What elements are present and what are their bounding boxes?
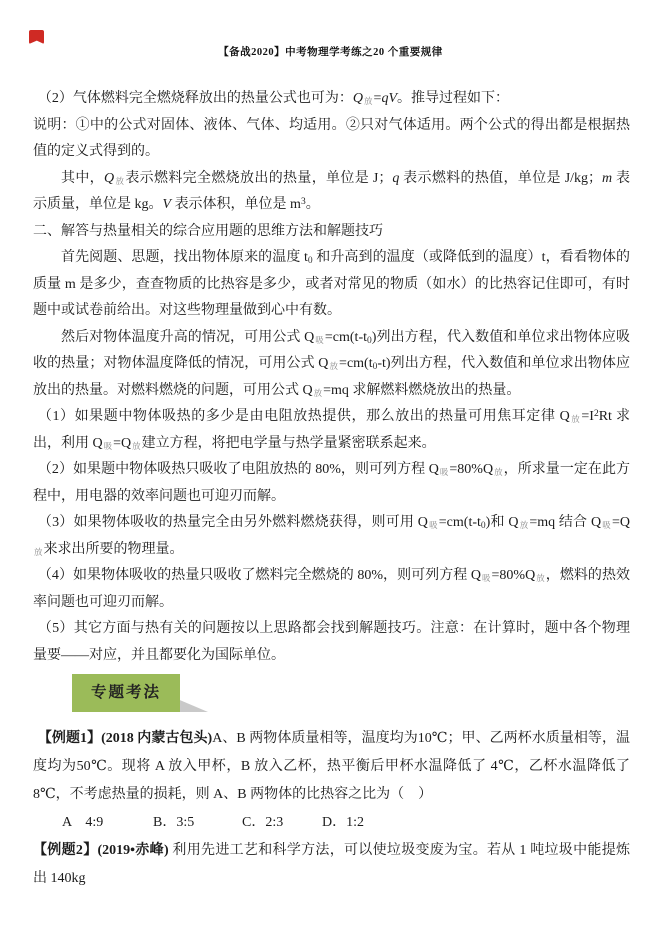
topic-banner-wrap: 专题考法 [72,674,630,714]
text-run: =80%Q [449,462,493,477]
paragraph: （3）如果物体吸收的热量完全由另外燃料燃烧获得，则可用 Q吸=cm(t-t0)和… [33,510,630,563]
text-run: =Q [113,436,131,451]
example2-container: 【例题2】(2019•赤峰) 利用先进工艺和科学方法，可以使垃圾变废为宝。若从 … [33,837,630,893]
paragraph: 其中，Q放表示燃料完全燃烧放出的热量，单位是 J；q 表示燃料的热值，单位是 J… [33,166,630,219]
text-run: 来求出所要的物理量。 [44,542,184,557]
paragraph: 首先阅题、思题，找出物体原来的温度 t0 和升高到的温度（或降低到的温度）t，看… [33,245,630,325]
document-body: （2）气体燃料完全燃烧释放出的热量公式也可为：Q放=qV。推导过程如下：说明：①… [33,86,630,893]
red-stamp-icon [29,30,44,44]
text-run: 。推导过程如下： [397,91,509,106]
text-run: 【例题1】(2018 内蒙古包头) [38,731,212,746]
text-run: )和 Q [486,515,519,530]
example-paragraph: 【例题1】(2018 内蒙古包头)A、B 两物体质量相等，温度均为10℃；甲、乙… [33,725,630,809]
text-run: Q [104,171,114,186]
paragraphs-container: （2）气体燃料完全燃烧释放出的热量公式也可为：Q放=qV。推导过程如下：说明：①… [33,86,630,669]
paragraph: 二、解答与热量相关的综合应用题的思维方法和解题技巧 [33,219,630,246]
text-run: m [602,171,612,186]
text-run: 放 [494,467,503,477]
option-item: D．1:2 [322,809,364,837]
paragraph: （1）如果题中物体吸热的多少是由电阻放热提供，那么放出的热量可用焦耳定律 Q放=… [33,404,630,457]
text-run: 放 [314,388,323,398]
option-item: B．3:5 [153,809,242,837]
text-run: （2）如果题中物体吸热只吸收了电阻放热的 80%，则可列方程 Q [38,462,439,477]
text-run: 放 [571,414,581,424]
example1-container: 【例题1】(2018 内蒙古包头)A、B 两物体质量相等，温度均为10℃；甲、乙… [33,725,630,809]
examples-section: 【例题1】(2018 内蒙古包头)A、B 两物体质量相等，温度均为10℃；甲、乙… [33,725,630,893]
example-paragraph: 【例题2】(2019•赤峰) 利用先进工艺和科学方法，可以使垃圾变废为宝。若从 … [33,837,630,893]
text-run: =cm(t [339,356,373,371]
text-run: 表示体积，单位是 m [171,197,301,212]
text-run: Q [353,91,363,106]
text-run: 放 [329,361,338,371]
text-run: 放 [115,176,124,186]
paragraph: （5）其它方面与热有关的问题按以上思路都会找到解题技巧。注意：在计算时，题中各个… [33,616,630,669]
text-run: 表示燃料完全燃烧放出的热量，单位是 J； [125,171,392,186]
text-run: 吸 [429,520,438,530]
text-run: V [163,197,172,212]
paragraph: （2）气体燃料完全燃烧释放出的热量公式也可为：Q放=qV。推导过程如下： [33,86,630,113]
topic-banner-label: 专题考法 [91,684,161,701]
banner-shadow [180,695,208,712]
text-run: =Q [612,515,630,530]
text-run: （5）其它方面与热有关的问题按以上思路都会找到解题技巧。注意：在计算时，题中各个… [33,621,630,663]
text-run: =cm(t-t [325,330,367,345]
text-run: 放 [536,573,545,583]
text-run: 。 [306,197,320,212]
option-item: A 4:9 [62,809,153,837]
text-run: 放 [132,441,141,451]
text-run: 放 [520,520,529,530]
text-run: 然后对物体温度升高的情况，可用公式 Q [61,330,314,345]
text-run: （2）气体燃料完全燃烧释放出的热量公式也可为： [38,91,353,106]
text-run: 吸 [602,520,611,530]
option-item: C．2:3 [242,809,322,837]
text-run: （1）如果题中物体吸热的多少是由电阻放热提供，那么放出的热量可用焦耳定律 Q [38,409,570,424]
text-run: 其中， [61,171,104,186]
text-run: 表示燃料的热值，单位是 J/kg； [399,171,602,186]
paragraph: （4）如果物体吸收的热量只吸收了燃料完全燃烧的 80%，则可列方程 Q吸=80%… [33,563,630,616]
options-row: A 4:9B．3:5C．2:3D．1:2 [33,809,630,837]
text-run: =mq 结合 Q [529,515,601,530]
text-run: 二、解答与热量相关的综合应用题的思维方法和解题技巧 [33,224,383,239]
paragraph: 然后对物体温度升高的情况，可用公式 Q吸=cm(t-t0)列出方程，代入数值和单… [33,325,630,405]
text-run: 首先阅题、思题，找出物体原来的温度 t [61,250,308,265]
text-run: 放 [34,547,43,557]
text-run: 建立方程，将把电学量与热学量紧密联系起来。 [142,436,436,451]
document-page: 【备战2020】中考物理学考练之20 个重要规律 （2）气体燃料完全燃烧释放出的… [0,0,661,935]
text-run: 【例题2】(2019•赤峰) [33,843,169,858]
text-run: =cm(t-t [439,515,481,530]
text-run: （4）如果物体吸收的热量只吸收了燃料完全燃烧的 80%，则可列方程 Q [38,568,481,583]
text-run: 说明：①中的公式对固体、液体、气体、均适用。②只对气体适用。两个公式的得出都是根… [33,118,630,160]
doc-header-title: 【备战2020】中考物理学考练之20 个重要规律 [0,44,661,59]
text-run: 放 [364,96,373,106]
text-run: （3）如果物体吸收的热量完全由另外燃料燃烧获得，则可用 Q [38,515,428,530]
paragraph: 说明：①中的公式对固体、液体、气体、均适用。②只对气体适用。两个公式的得出都是根… [33,113,630,166]
text-run: 吸 [440,467,449,477]
topic-banner: 专题考法 [72,674,180,712]
paragraph: （2）如果题中物体吸热只吸收了电阻放热的 80%，则可列方程 Q吸=80%Q放，… [33,457,630,510]
text-run: 吸 [482,573,491,583]
text-run: 吸 [104,441,113,451]
text-run: =80%Q [492,568,536,583]
text-run: =mq 求解燃料燃烧放出的热量。 [323,383,520,398]
text-run: =I [581,409,594,424]
text-run: qV [381,91,397,106]
text-run: 吸 [315,335,324,345]
